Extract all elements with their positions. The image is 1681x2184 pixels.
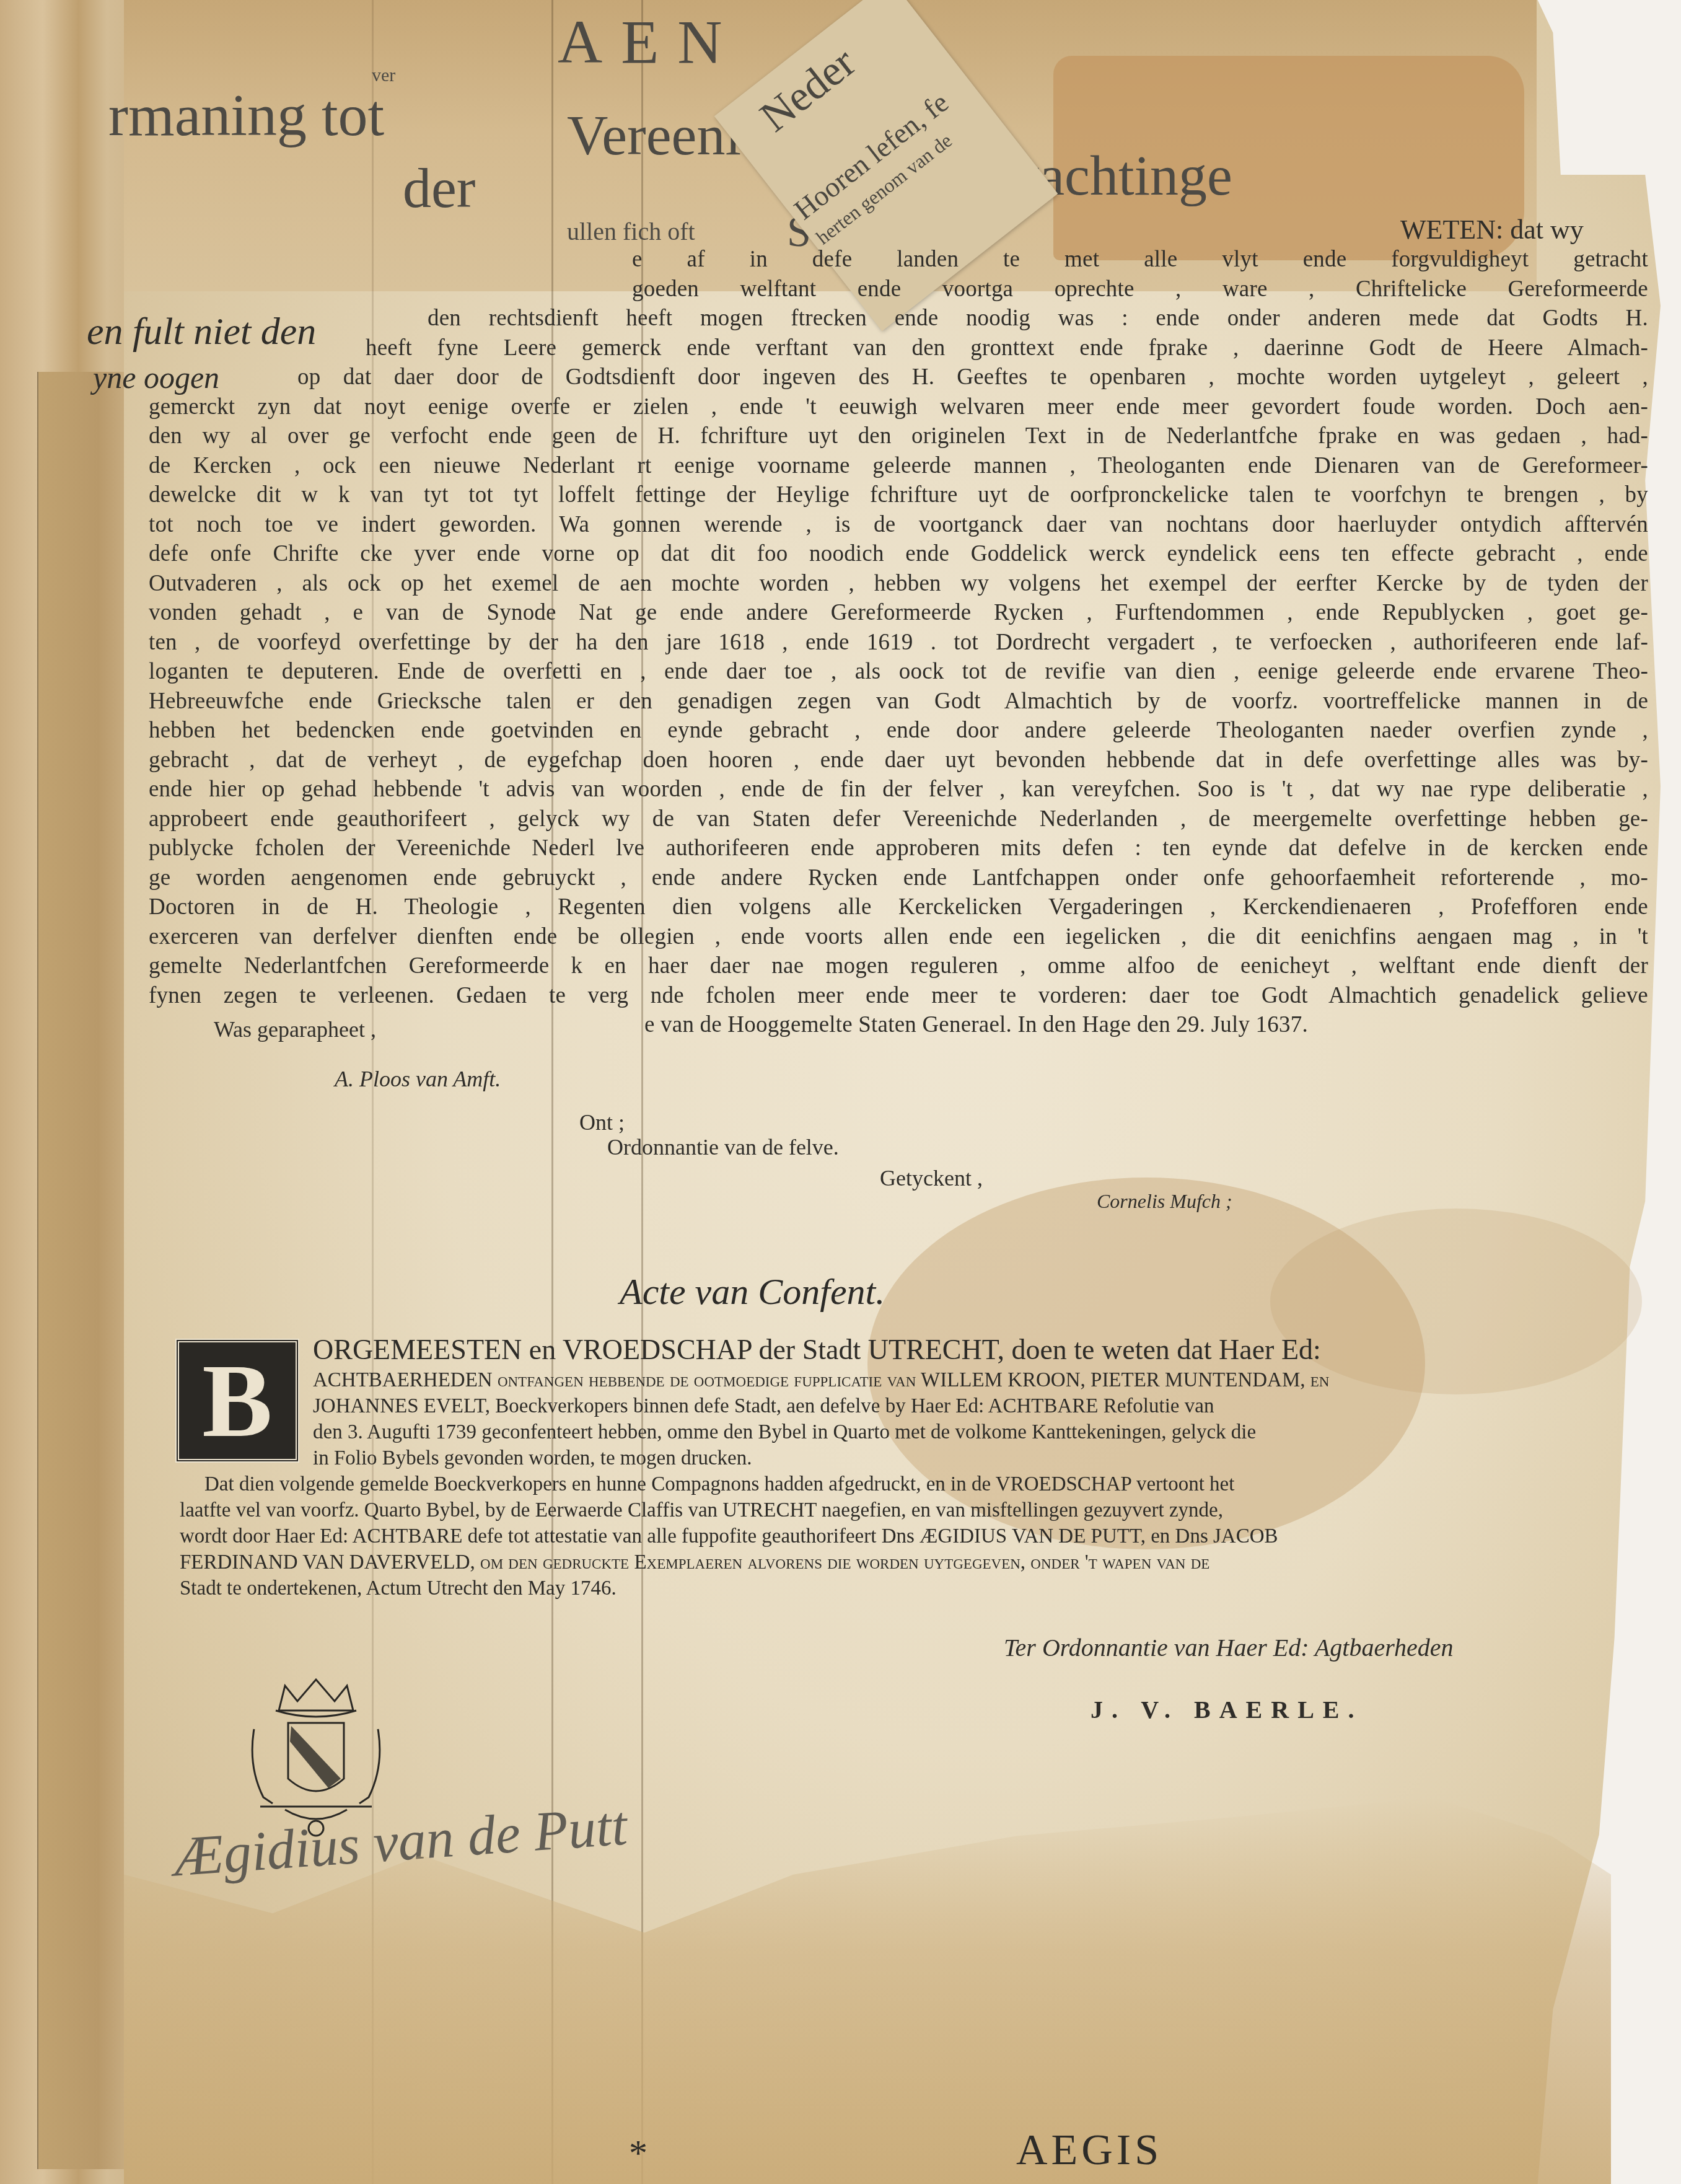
title-fragment-vermaning: rmaning tot (108, 81, 384, 149)
text-line: ende hier op gehad hebbende 't advis van… (149, 775, 1648, 804)
signature-mark: * (629, 2132, 647, 2175)
text-line: gebracht , dat de verheyt , de eygefchap… (149, 746, 1648, 775)
ordonnantie-van-de-selve: Ordonnantie van de felve. (607, 1134, 839, 1160)
catchword: AEGIS (1016, 2126, 1162, 2175)
acte-line: in Folio Bybels gevonden worden, te moge… (180, 1445, 1605, 1471)
text-line: goeden welftant ende voortga oprechte , … (149, 275, 1648, 304)
text-line: Outvaderen , als ock op het exemel de ae… (149, 569, 1648, 599)
text-line: e af in defe landen te met alle vlyt end… (149, 245, 1648, 275)
acte-line: Stadt te ondertekenen, Actum Utrecht den… (180, 1575, 1605, 1601)
text-line: exerceren van derfelver dienften ende be… (149, 922, 1648, 952)
acte-van-consent-heading: Acte van Confent. (620, 1270, 885, 1313)
title-fragment-weten: WETEN: dat wy (1400, 214, 1584, 245)
acte-line: wordt door Haer Ed: ACHTBARE defe tot at… (180, 1523, 1605, 1549)
acte-line: JOHANNES EVELT, Boeckverkopers binnen de… (180, 1393, 1605, 1419)
getyckent: Getyckent , (880, 1165, 983, 1191)
acte-line: FERDINAND VAN DAVERVELD, om den gedruckt… (180, 1549, 1605, 1575)
binding-paper-strip (37, 372, 138, 2169)
text-line: tot noch toe ve indert geworden. Wa gonn… (149, 510, 1648, 540)
signer-ploos-van-amstel: A. Ploos van Amft. (335, 1066, 501, 1092)
text-line: dewelcke dit w k van tyt tot tyt loffelt… (149, 480, 1648, 510)
text-line: heeft fyne Leere gemerck ende verftant v… (149, 333, 1648, 363)
signer-j-v-baerle: J. V. BAERLE. (1091, 1695, 1363, 1724)
text-line: den rechtsdienft heeft mogen ftrecken en… (149, 304, 1648, 333)
text-line: Doctoren in de H. Theologie , Regenten d… (149, 892, 1648, 922)
text-line: hebben het bedencken ende goetvinden en … (149, 716, 1648, 746)
acte-line: ACHTBAERHEDEN ontfangen hebbende de ootm… (180, 1367, 1605, 1393)
text-line: op dat daer door de Godtsdienft door ing… (149, 363, 1648, 392)
text-line: loganten te deputeren. Ende de overfetti… (149, 657, 1648, 687)
document-photo: rmaning tot ver AEN Vereenich der e Betr… (0, 0, 1681, 2184)
text-line: ge worden aengenomen ende gebruyckt , en… (149, 863, 1648, 893)
title-fragment-small: ver (372, 65, 395, 86)
acte-line: den 3. Augufti 1739 geconfenteert hebben… (180, 1419, 1605, 1445)
text-line: de Kercken , ock een nieuwe Nederlant rt… (149, 451, 1648, 481)
text-line: fynen zegen te verleenen. Gedaen te verg… (149, 981, 1648, 1011)
text-line: den wy al over ge verfocht ende geen de … (149, 421, 1648, 451)
acte-line: laatfte vel van voorfz. Quarto Bybel, by… (180, 1497, 1605, 1523)
text-line: ten , de voorfeyd overfettinge by der ha… (149, 628, 1648, 658)
text-line: gemerckt zyn dat noyt eenige overfe er z… (149, 392, 1648, 422)
text-line: vonden gehadt , e van de Synode Nat ge e… (149, 598, 1648, 628)
text-line: approbeert ende geauthorifeert , gelyck … (149, 804, 1648, 834)
privilege-text-block: e af in defe landen te met alle vlyt end… (149, 245, 1673, 1040)
signer-cornelis-musch: Cornelis Mufch ; (1097, 1190, 1232, 1213)
acte-line: ORGEMEESTEN en VROEDSCHAP der Stadt UTRE… (180, 1332, 1605, 1367)
was-geparapheet: Was geparapheet , (214, 1016, 376, 1042)
ont-fragment: Ont ; (579, 1109, 625, 1135)
text-line: Hebreeuwfche ende Griecksche talen er de… (149, 687, 1648, 716)
text-line: gemelte Nederlantfchen Gereformeerde k e… (149, 951, 1648, 981)
acte-text-block: ORGEMEESTEN en VROEDSCHAP der Stadt UTRE… (180, 1332, 1605, 1601)
title-fragment-staten: AEN (558, 6, 741, 77)
title-fragment-der: der (403, 155, 475, 221)
ter-ordonnantie: Ter Ordonnantie van Haer Ed: Agtbaerhede… (1004, 1633, 1454, 1662)
title-fragment-zullen: ullen fich oft (567, 217, 695, 246)
text-line: publycke fcholen der Vereenichde Nederl … (149, 834, 1648, 863)
acte-line: Dat dien volgende gemelde Boeckverkopers… (180, 1471, 1605, 1497)
text-line: defe onfe Chrifte cke yver ende vorne op… (149, 539, 1648, 569)
